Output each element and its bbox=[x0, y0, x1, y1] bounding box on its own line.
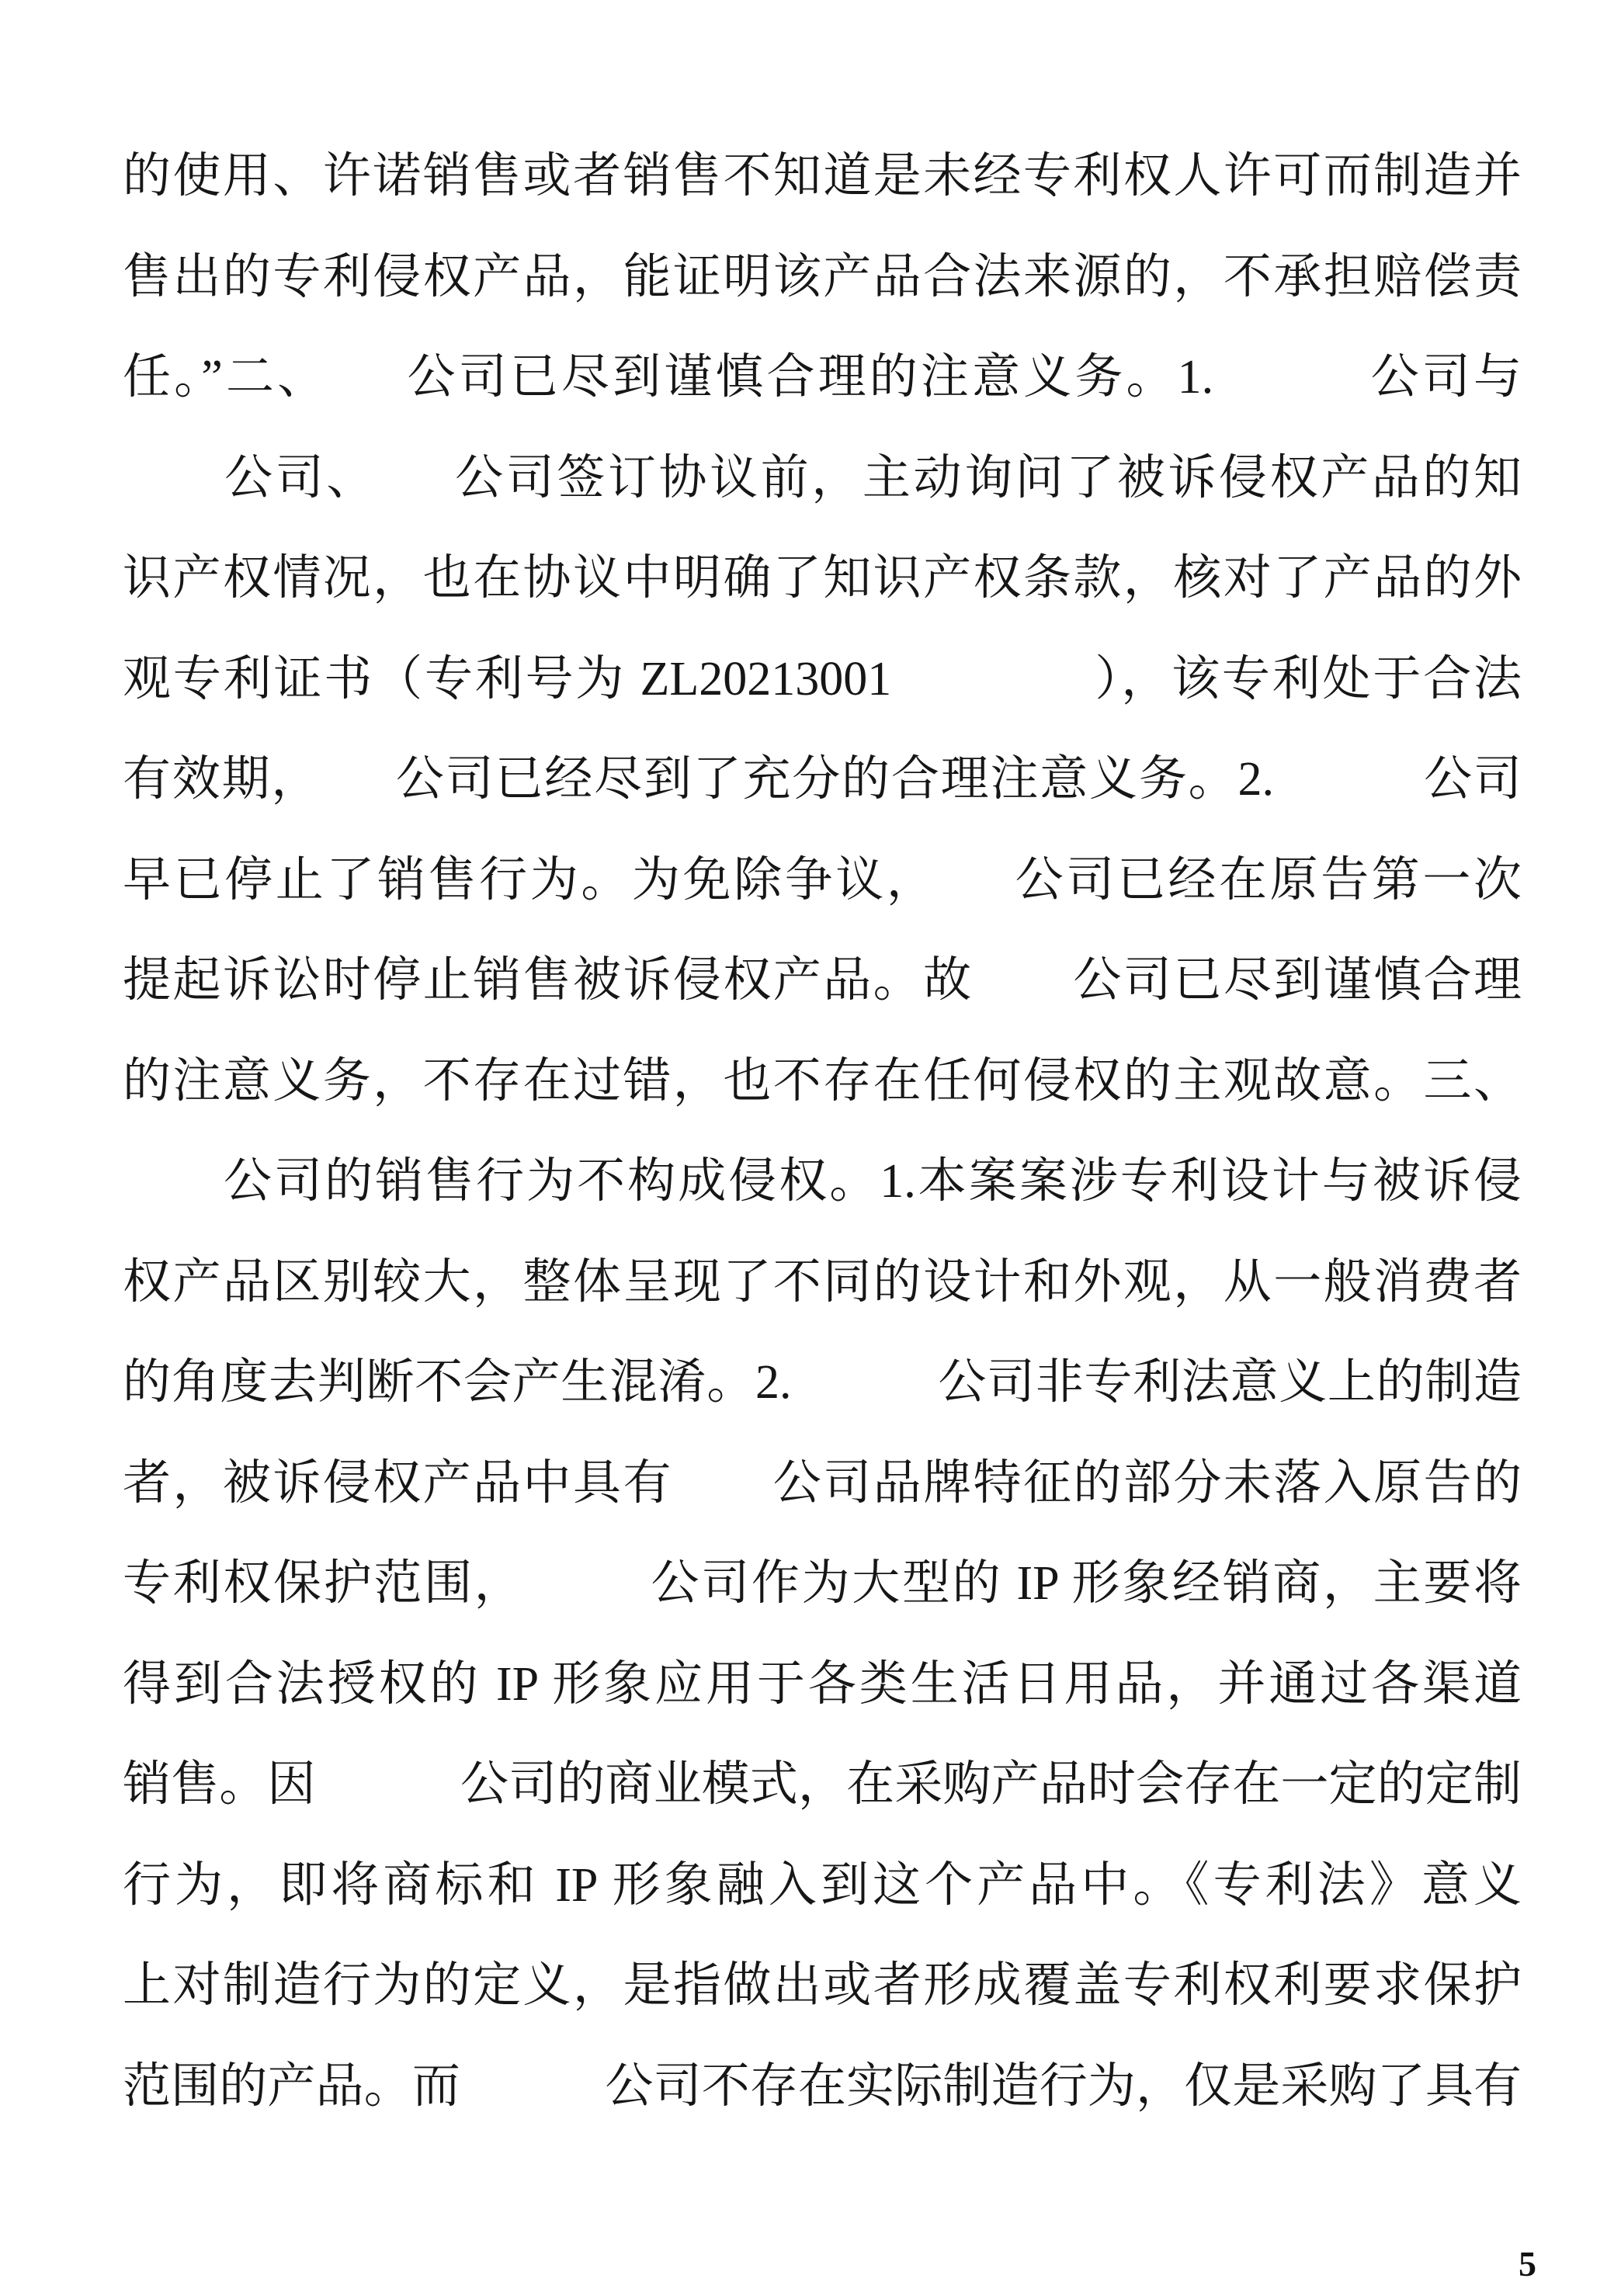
text-line: 者，被诉侵权产品中具有 公司品牌特征的部分未落入原告的 bbox=[123, 1434, 1522, 1535]
text-line: 得到合法授权的 IP 形象应用于各类生活日用品，并通过各渠道 bbox=[123, 1635, 1522, 1736]
text-line: 任。”二、 公司已尽到谨慎合理的注意义务。1. 公司与 bbox=[123, 328, 1522, 428]
text-line: 观专利证书（专利号为 ZL20213001 ），该专利处于合法 bbox=[123, 629, 1522, 730]
text-line: 的角度去判断不会产生混淆。2. 公司非专利法意义上的制造 bbox=[123, 1333, 1522, 1434]
text-line: 有效期， 公司已经尽到了充分的合理注意义务。2. 公司 bbox=[123, 730, 1522, 831]
document-text-block: 的使用、许诺销售或者销售不知道是未经专利权人许可而制造并 售出的专利侵权产品，能… bbox=[123, 127, 1522, 2137]
text-line: 售出的专利侵权产品，能证明该产品合法来源的，不承担赔偿责 bbox=[123, 227, 1522, 328]
text-line: 权产品区别较大，整体呈现了不同的设计和外观，从一般消费者 bbox=[123, 1233, 1522, 1334]
page-number: 5 bbox=[1519, 2243, 1536, 2284]
text-line: 提起诉讼时停止销售被诉侵权产品。故 公司已尽到谨慎合理 bbox=[123, 931, 1522, 1032]
text-line: 行为，即将商标和 IP 形象融入到这个产品中。《专利法》意义 bbox=[123, 1836, 1522, 1937]
text-line: 上对制造行为的定义，是指做出或者形成覆盖专利权利要求保护 bbox=[123, 1936, 1522, 2037]
text-line: 的使用、许诺销售或者销售不知道是未经专利权人许可而制造并 bbox=[123, 127, 1522, 227]
text-line: 公司的销售行为不构成侵权。1.本案案涉专利设计与被诉侵 bbox=[123, 1132, 1522, 1233]
text-line: 早已停止了销售行为。为免除争议， 公司已经在原告第一次 bbox=[123, 831, 1522, 931]
text-line: 范围的产品。而 公司不存在实际制造行为，仅是采购了具有 bbox=[123, 2037, 1522, 2138]
text-line: 公司、 公司签订协议前，主动询问了被诉侵权产品的知 bbox=[123, 428, 1522, 529]
document-page: 的使用、许诺销售或者销售不知道是未经专利权人许可而制造并 售出的专利侵权产品，能… bbox=[0, 0, 1621, 2296]
text-line: 的注意义务，不存在过错，也不存在任何侵权的主观故意。三、 bbox=[123, 1032, 1522, 1132]
text-line: 专利权保护范围， 公司作为大型的 IP 形象经销商，主要将 bbox=[123, 1534, 1522, 1635]
text-line: 识产权情况，也在协议中明确了知识产权条款，核对了产品的外 bbox=[123, 529, 1522, 629]
text-line: 销售。因 公司的商业模式，在采购产品时会存在一定的定制 bbox=[123, 1735, 1522, 1836]
